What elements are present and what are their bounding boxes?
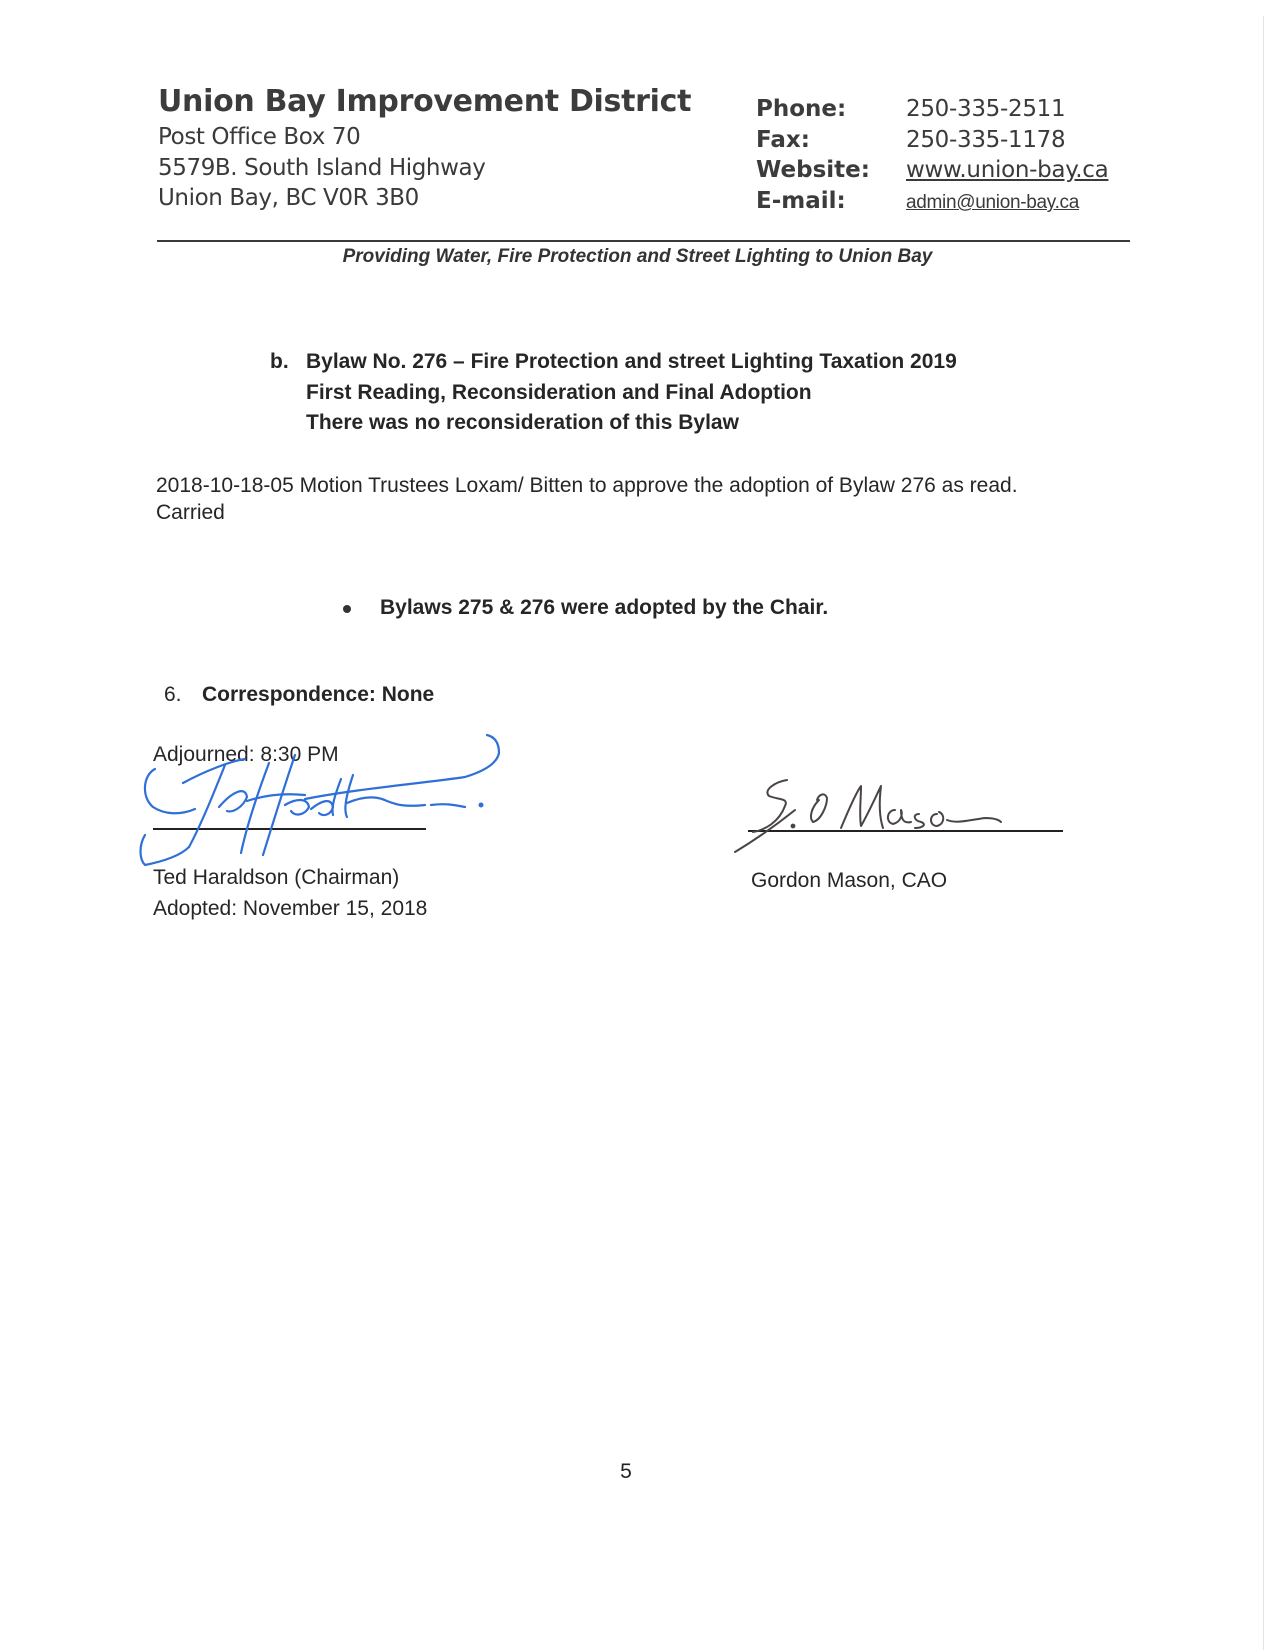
tagline: Providing Water, Fire Protection and Str… (0, 246, 1275, 268)
motion-text: 2018-10-18-05 Motion Trustees Loxam/ Bit… (156, 474, 1018, 498)
website-link[interactable]: www.union-bay.ca (906, 157, 1108, 183)
bylaw-reconsideration-note: There was no reconsideration of this Byl… (306, 411, 739, 435)
bylaw-title: Bylaw No. 276 – Fire Protection and stre… (306, 350, 957, 374)
chairman-name: Ted Haraldson (Chairman) (153, 866, 399, 890)
phone-label: Phone: (756, 96, 846, 122)
page-number: 5 (0, 1460, 1252, 1484)
fax-label: Fax: (756, 127, 810, 153)
organization-name: Union Bay Improvement District (158, 84, 691, 119)
fax-value: 250-335-1178 (906, 127, 1065, 153)
website-label: Website: (756, 157, 870, 183)
cao-name: Gordon Mason, CAO (751, 869, 947, 893)
motion-result: Carried (156, 501, 225, 525)
bylaw-readings: First Reading, Reconsideration and Final… (306, 381, 812, 405)
address-line-street: 5579B. South Island Highway (158, 155, 485, 181)
email-label: E-mail: (756, 188, 846, 214)
section-number: 6. (164, 683, 182, 707)
address-line-po-box: Post Office Box 70 (158, 124, 360, 150)
cao-signature-icon (735, 770, 1065, 860)
item-marker: b. (270, 350, 289, 374)
bullet-icon (343, 605, 351, 613)
section-title-correspondence: Correspondence: None (202, 683, 434, 707)
bylaws-adopted-note: Bylaws 275 & 276 were adopted by the Cha… (380, 596, 828, 620)
address-line-city: Union Bay, BC V0R 3B0 (158, 185, 419, 211)
scan-edge (1263, 16, 1264, 1650)
phone-value: 250-335-2511 (906, 96, 1065, 122)
email-link[interactable]: admin@union-bay.ca (906, 192, 1079, 214)
letterhead-divider (157, 240, 1130, 242)
chairman-signature-icon (135, 735, 525, 875)
adopted-date: Adopted: November 15, 2018 (153, 897, 427, 921)
